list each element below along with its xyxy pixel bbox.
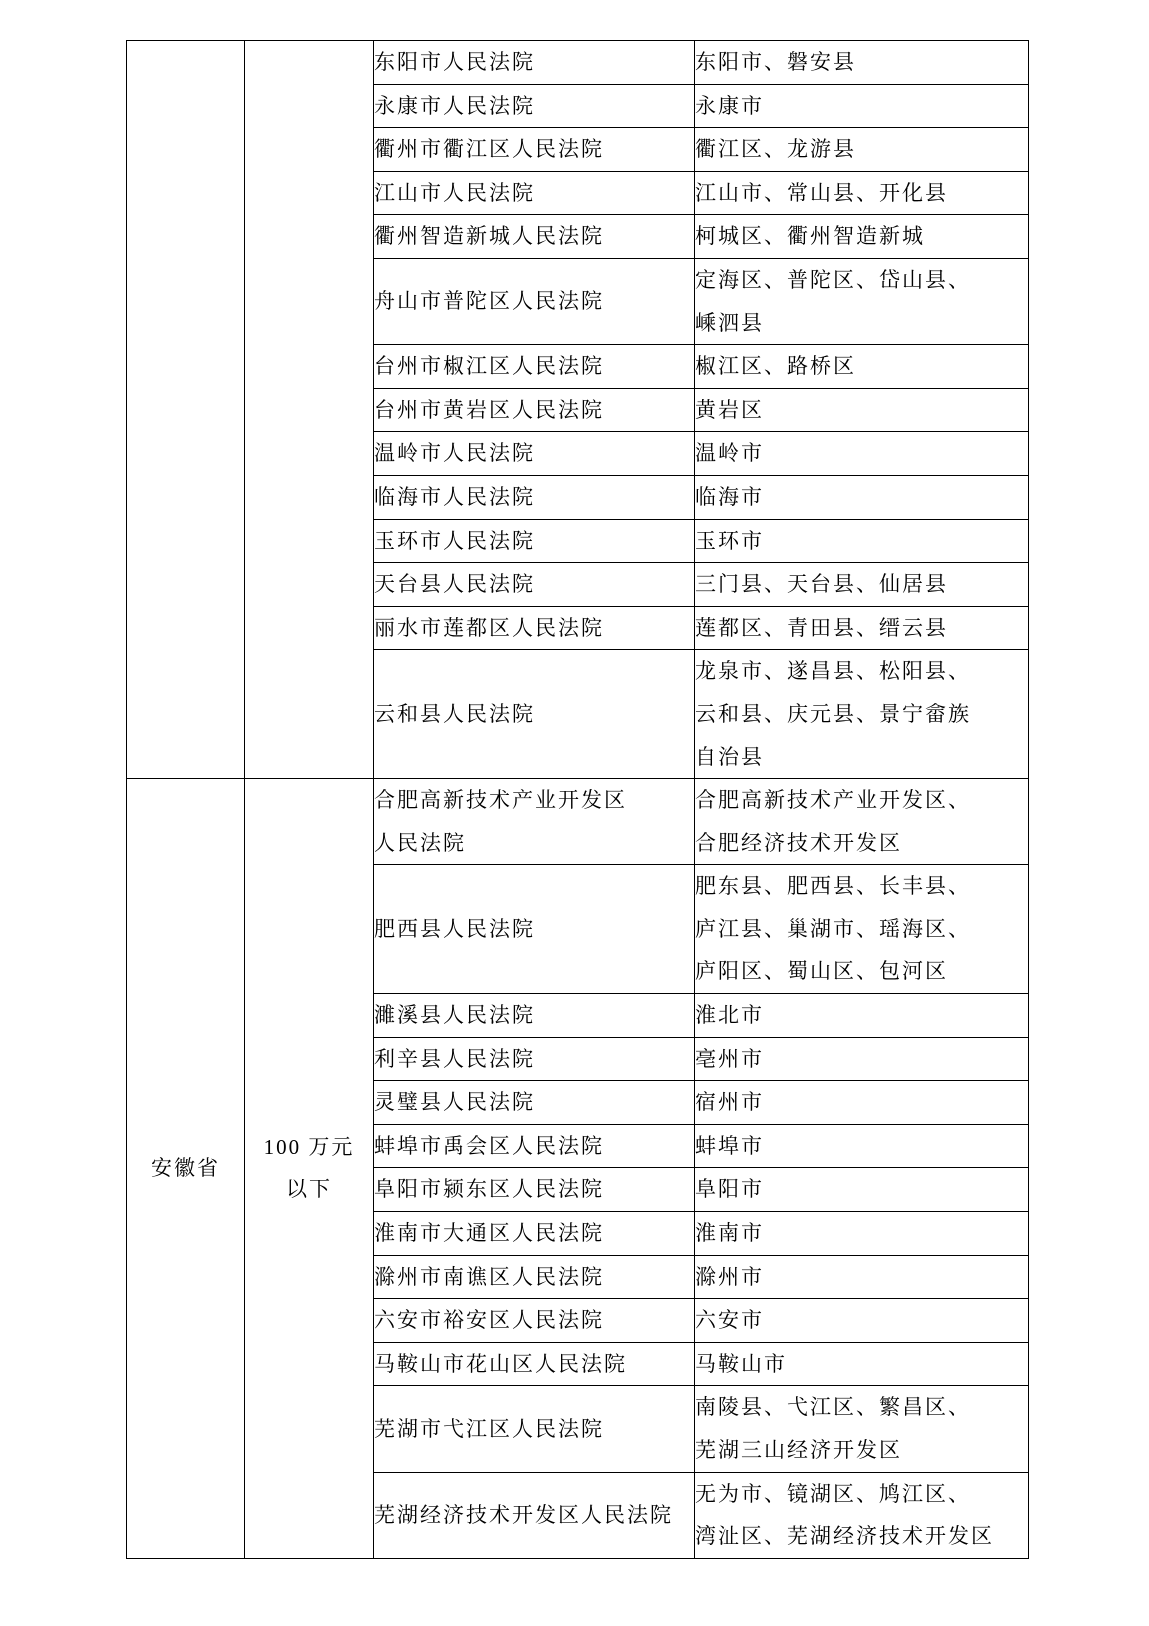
jurisdiction-cell: 温岭市 <box>695 432 1029 476</box>
jurisdiction-cell: 六安市 <box>695 1299 1029 1343</box>
court-name-cell: 肥西县人民法院 <box>374 865 695 994</box>
jurisdiction-cell: 合肥高新技术产业开发区、 合肥经济技术开发区 <box>695 779 1029 865</box>
court-name-cell: 天台县人民法院 <box>374 563 695 607</box>
court-name-cell: 灵璧县人民法院 <box>374 1081 695 1125</box>
court-name-cell: 滁州市南谯区人民法院 <box>374 1255 695 1299</box>
court-name-cell: 丽水市莲都区人民法院 <box>374 606 695 650</box>
court-name-cell: 濉溪县人民法院 <box>374 994 695 1038</box>
jurisdiction-cell: 椒江区、路桥区 <box>695 345 1029 389</box>
jurisdiction-cell: 龙泉市、遂昌县、松阳县、 云和县、庆元县、景宁畲族 自治县 <box>695 650 1029 779</box>
court-name-cell: 东阳市人民法院 <box>374 41 695 85</box>
court-name-cell: 马鞍山市花山区人民法院 <box>374 1342 695 1386</box>
court-name-cell: 衢州智造新城人民法院 <box>374 215 695 259</box>
jurisdiction-cell: 永康市 <box>695 84 1029 128</box>
jurisdiction-cell: 定海区、普陀区、岱山县、 嵊泗县 <box>695 258 1029 344</box>
court-name-cell: 利辛县人民法院 <box>374 1037 695 1081</box>
jurisdiction-cell: 阜阳市 <box>695 1168 1029 1212</box>
jurisdiction-cell: 玉环市 <box>695 519 1029 563</box>
court-name-cell: 六安市裕安区人民法院 <box>374 1299 695 1343</box>
court-name-cell: 芜湖经济技术开发区人民法院 <box>374 1472 695 1558</box>
jurisdiction-cell: 江山市、常山县、开化县 <box>695 171 1029 215</box>
court-name-cell: 临海市人民法院 <box>374 475 695 519</box>
jurisdiction-cell: 三门县、天台县、仙居县 <box>695 563 1029 607</box>
jurisdiction-table: 东阳市人民法院东阳市、磐安县永康市人民法院永康市衢州市衢江区人民法院衢江区、龙游… <box>126 40 1029 1559</box>
jurisdiction-cell: 淮北市 <box>695 994 1029 1038</box>
court-name-cell: 阜阳市颍东区人民法院 <box>374 1168 695 1212</box>
court-name-cell: 永康市人民法院 <box>374 84 695 128</box>
court-name-cell: 淮南市大通区人民法院 <box>374 1212 695 1256</box>
jurisdiction-cell: 南陵县、弋江区、繁昌区、 芜湖三山经济开发区 <box>695 1386 1029 1472</box>
court-name-cell: 蚌埠市禹会区人民法院 <box>374 1124 695 1168</box>
court-name-cell: 台州市黄岩区人民法院 <box>374 388 695 432</box>
table-body: 东阳市人民法院东阳市、磐安县永康市人民法院永康市衢州市衢江区人民法院衢江区、龙游… <box>127 41 1029 1559</box>
jurisdiction-cell: 滁州市 <box>695 1255 1029 1299</box>
court-name-cell: 江山市人民法院 <box>374 171 695 215</box>
jurisdiction-cell: 莲都区、青田县、缙云县 <box>695 606 1029 650</box>
table-row: 安徽省100 万元 以下合肥高新技术产业开发区 人民法院合肥高新技术产业开发区、… <box>127 779 1029 865</box>
jurisdiction-cell: 淮南市 <box>695 1212 1029 1256</box>
jurisdiction-cell: 亳州市 <box>695 1037 1029 1081</box>
jurisdiction-cell: 马鞍山市 <box>695 1342 1029 1386</box>
court-name-cell: 舟山市普陀区人民法院 <box>374 258 695 344</box>
table-row: 东阳市人民法院东阳市、磐安县 <box>127 41 1029 85</box>
jurisdiction-cell: 无为市、镜湖区、鸠江区、 湾沚区、芜湖经济技术开发区 <box>695 1472 1029 1558</box>
court-name-cell: 衢州市衢江区人民法院 <box>374 128 695 172</box>
court-name-cell: 玉环市人民法院 <box>374 519 695 563</box>
jurisdiction-cell: 衢江区、龙游县 <box>695 128 1029 172</box>
jurisdiction-cell: 肥东县、肥西县、长丰县、 庐江县、巢湖市、瑶海区、 庐阳区、蜀山区、包河区 <box>695 865 1029 994</box>
jurisdiction-cell: 东阳市、磐安县 <box>695 41 1029 85</box>
court-name-cell: 台州市椒江区人民法院 <box>374 345 695 389</box>
province-cell <box>127 41 245 779</box>
jurisdiction-cell: 蚌埠市 <box>695 1124 1029 1168</box>
court-name-cell: 云和县人民法院 <box>374 650 695 779</box>
province-cell: 安徽省 <box>127 779 245 1559</box>
jurisdiction-cell: 临海市 <box>695 475 1029 519</box>
court-name-cell: 温岭市人民法院 <box>374 432 695 476</box>
court-name-cell: 合肥高新技术产业开发区 人民法院 <box>374 779 695 865</box>
court-name-cell: 芜湖市弋江区人民法院 <box>374 1386 695 1472</box>
amount-limit-cell: 100 万元 以下 <box>245 779 374 1559</box>
jurisdiction-cell: 柯城区、衢州智造新城 <box>695 215 1029 259</box>
amount-limit-cell <box>245 41 374 779</box>
document-page: 东阳市人民法院东阳市、磐安县永康市人民法院永康市衢州市衢江区人民法院衢江区、龙游… <box>0 0 1149 1626</box>
jurisdiction-cell: 宿州市 <box>695 1081 1029 1125</box>
jurisdiction-cell: 黄岩区 <box>695 388 1029 432</box>
